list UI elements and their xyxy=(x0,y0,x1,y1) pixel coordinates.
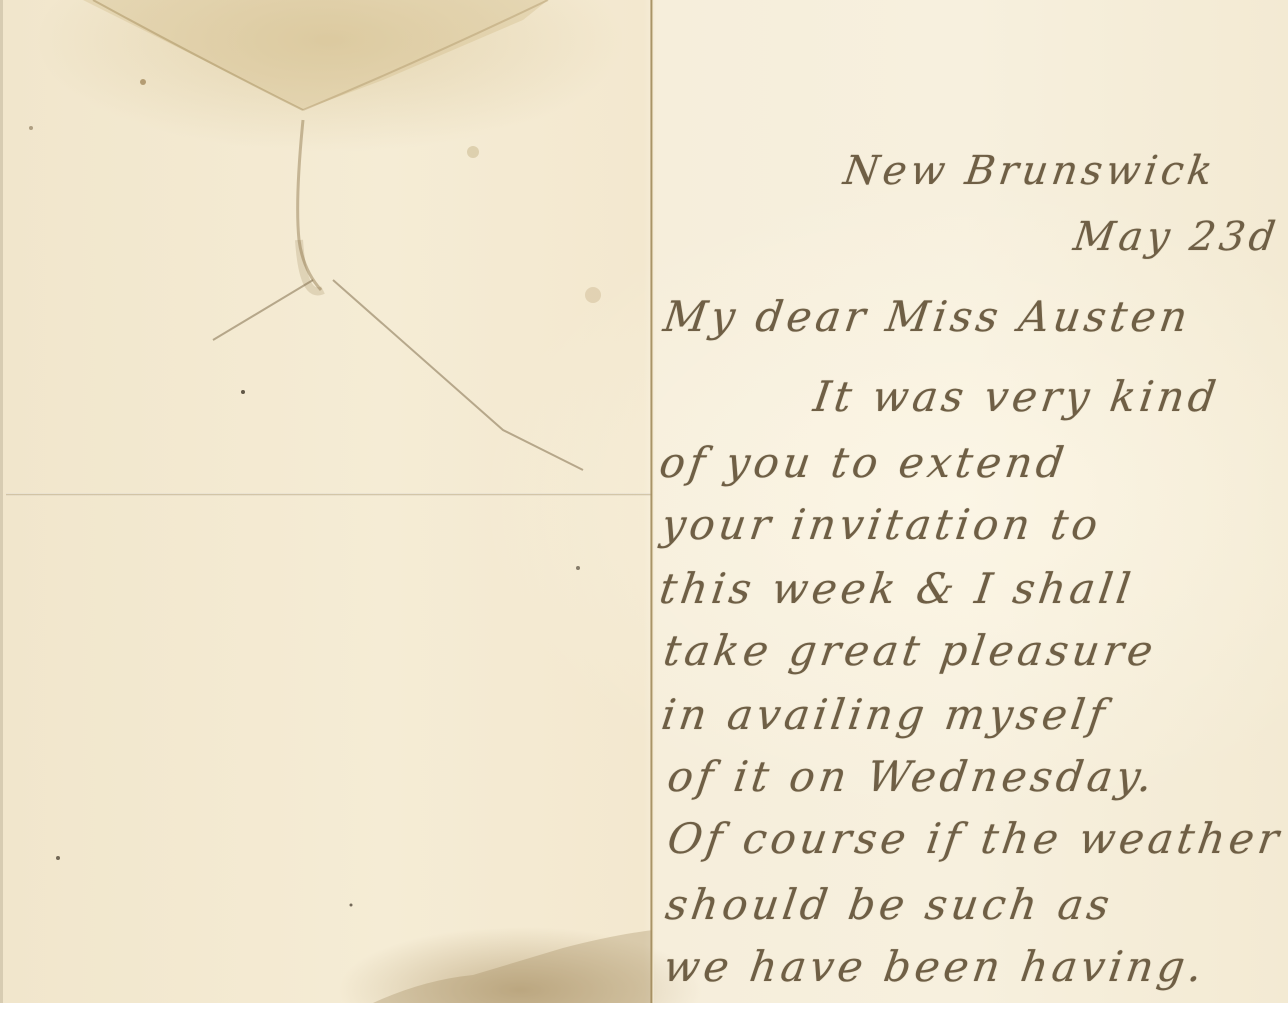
envelope-flap-fold-lines xyxy=(3,0,655,1011)
letter-line: we have been having. xyxy=(661,942,1210,991)
scan-bottom-margin xyxy=(0,1003,1288,1011)
letter-salutation: My dear Miss Austen xyxy=(661,292,1195,341)
horizontal-fold-crease xyxy=(6,493,653,496)
letter-line: It was very kind xyxy=(811,372,1223,421)
letter-line: in availing myself xyxy=(659,690,1112,739)
right-page-letter: New Brunswick May 23d 92 My dear Miss Au… xyxy=(654,0,1288,1011)
letter-line: of it on Wednesday. xyxy=(665,752,1160,801)
letter-line: of you to extend xyxy=(657,438,1071,487)
letter-date: May 23d 92 xyxy=(1071,214,1288,260)
letter-line: Of course if the weather xyxy=(665,814,1286,863)
letter-line: should be such as xyxy=(663,880,1117,929)
letter-line: take great pleasure xyxy=(661,626,1160,675)
letter-place: New Brunswick xyxy=(841,148,1219,194)
scanned-letter: New Brunswick May 23d 92 My dear Miss Au… xyxy=(0,0,1288,1011)
left-page-envelope-back xyxy=(0,0,652,1011)
letter-line: this week & I shall xyxy=(657,564,1138,613)
letter-line: your invitation to xyxy=(659,500,1105,549)
handwritten-letter-body: New Brunswick May 23d 92 My dear Miss Au… xyxy=(654,0,1288,1011)
